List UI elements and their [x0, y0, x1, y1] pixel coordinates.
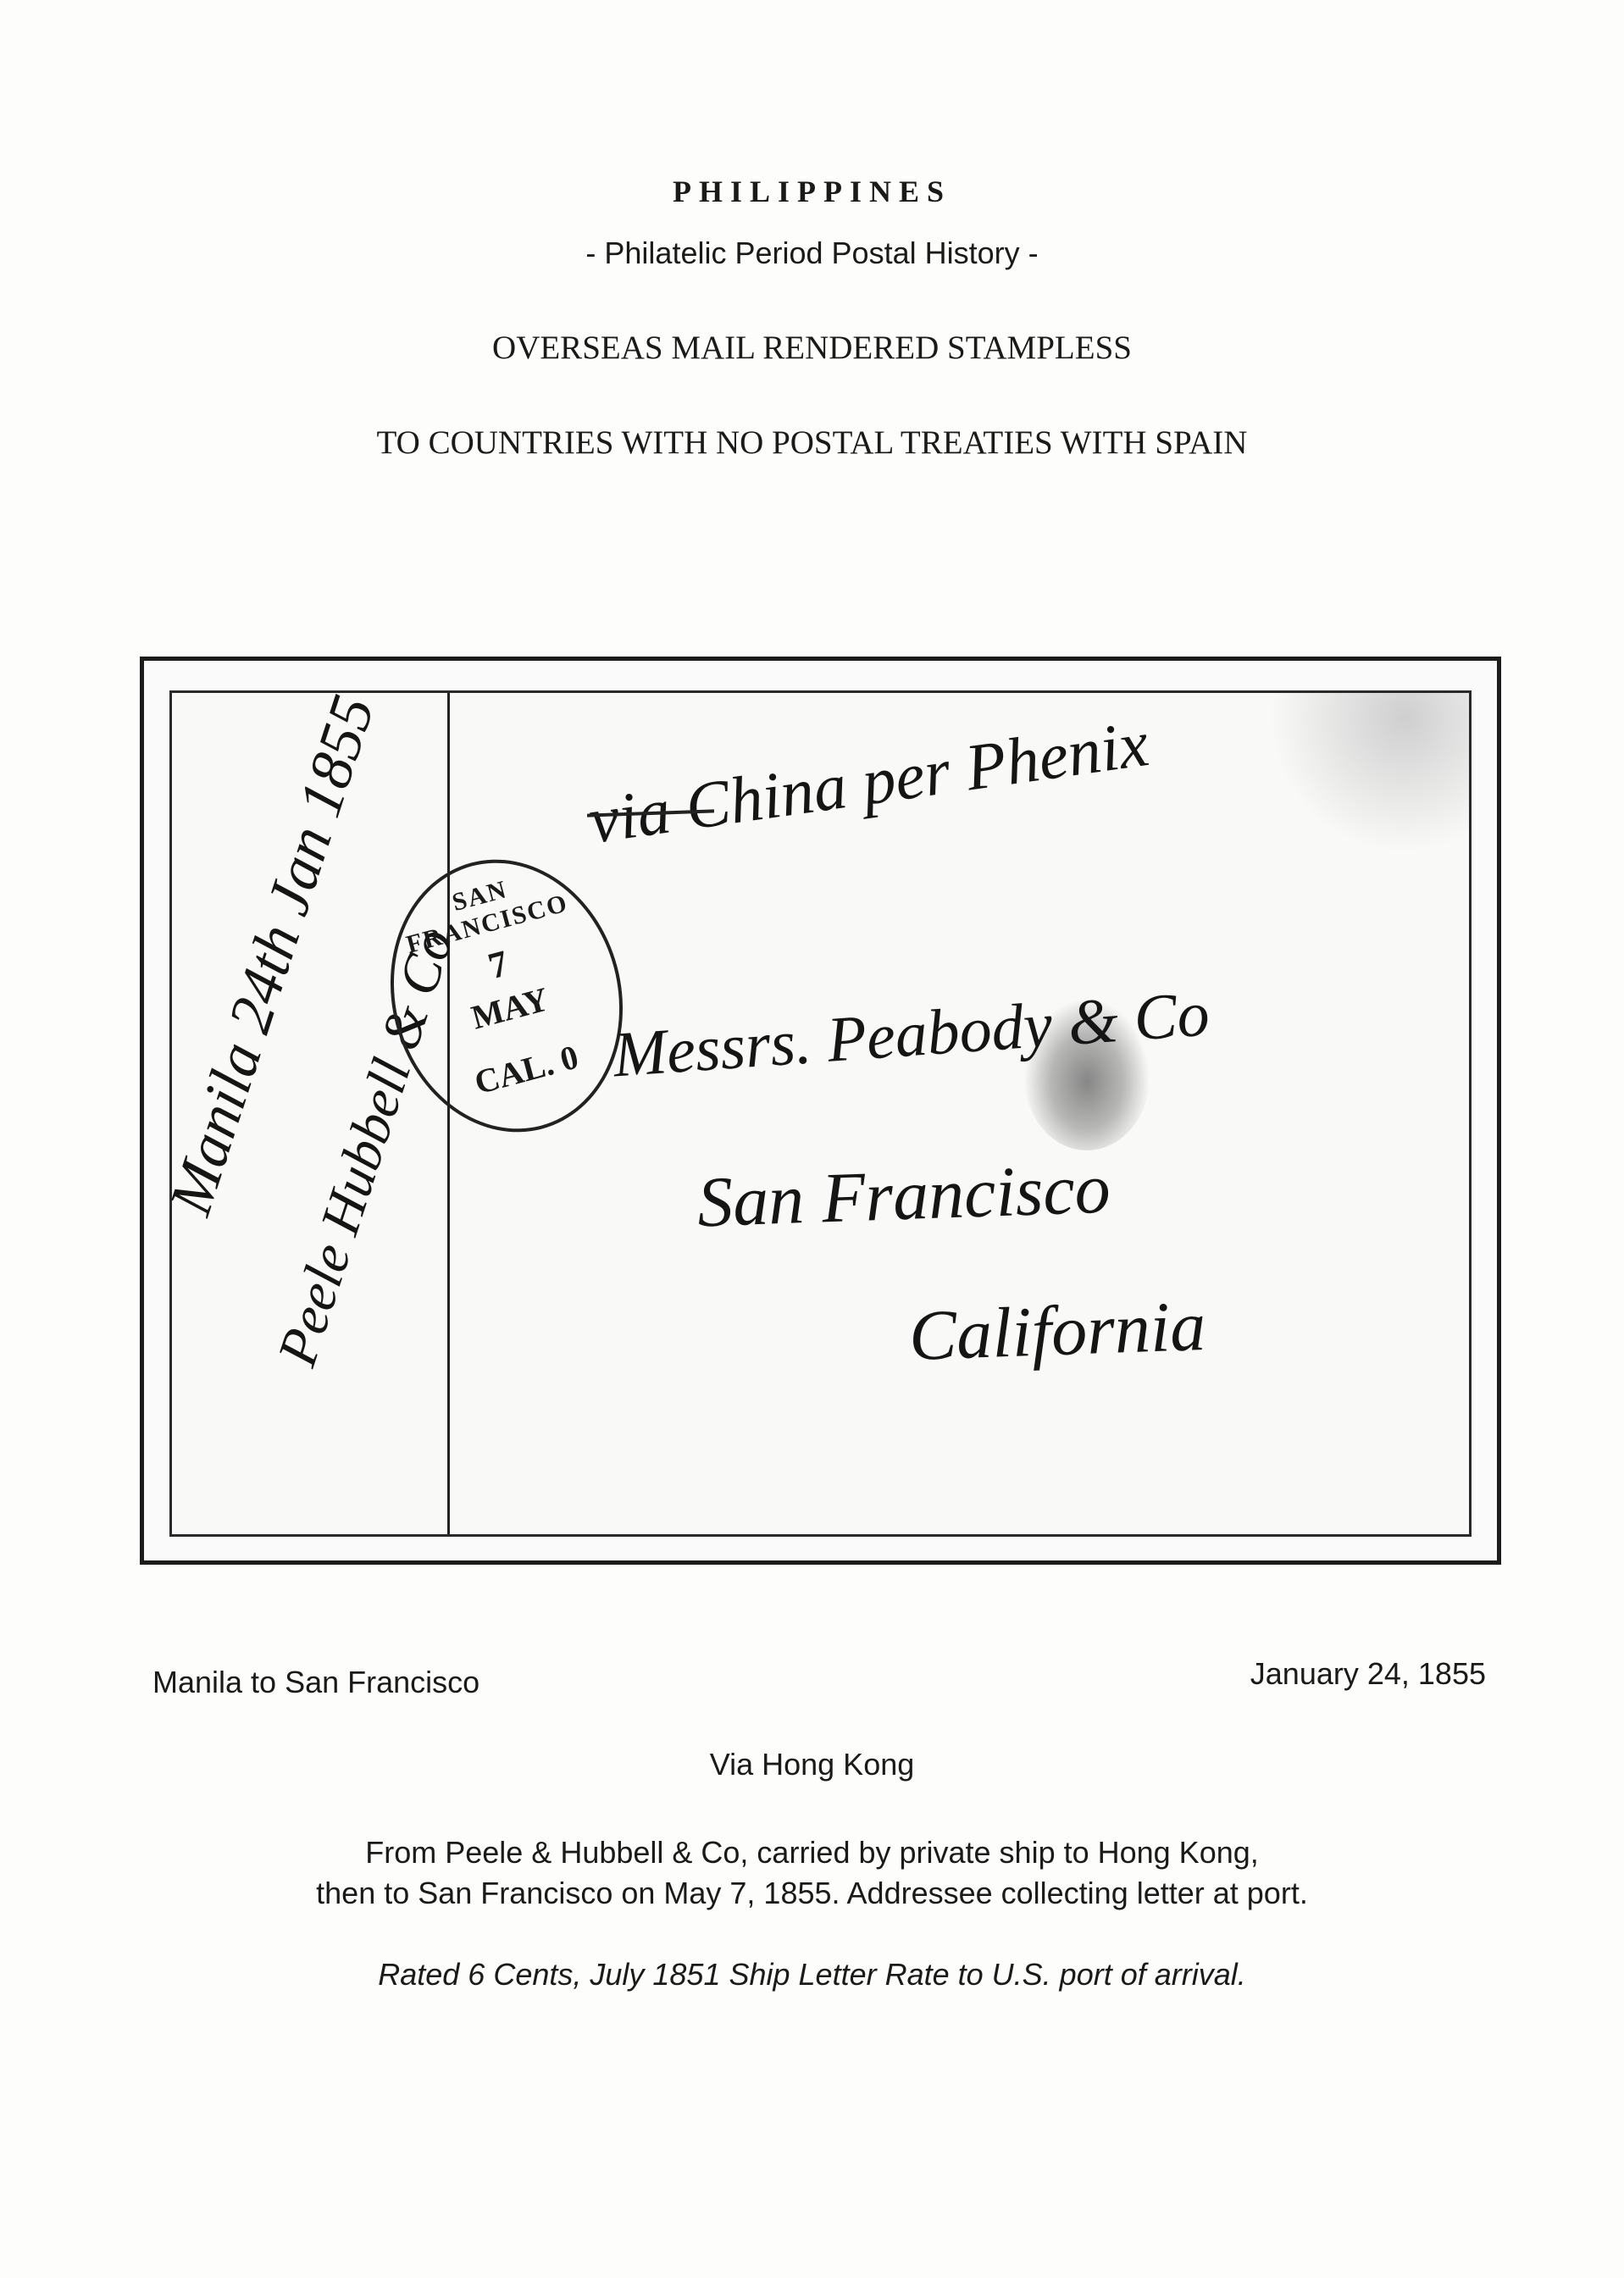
caption-via: Via Hong Kong: [0, 1747, 1624, 1782]
section-heading: OVERSEAS MAIL RENDERED STAMPLESS: [0, 329, 1624, 367]
caption-rate: Rated 6 Cents, July 1851 Ship Letter Rat…: [0, 1957, 1624, 1993]
address-line-2: San Francisco: [696, 1148, 1111, 1244]
fold-line: [447, 693, 450, 1534]
section-subheading: TO COUNTRIES WITH NO POSTAL TREATIES WIT…: [0, 424, 1624, 462]
caption-route: Manila to San Francisco: [152, 1665, 479, 1700]
address-line-3: California: [907, 1285, 1206, 1377]
envelope-cover: Manila 24th Jan 1855 Peele Hubbell & Co …: [169, 690, 1472, 1537]
page-title: PHILIPPINES: [0, 174, 1624, 209]
caption-description: From Peele & Hubbell & Co, carried by pr…: [0, 1832, 1624, 1914]
description-line-2: then to San Francisco on May 7, 1855. Ad…: [0, 1873, 1624, 1914]
cover-image-frame: Manila 24th Jan 1855 Peele Hubbell & Co …: [140, 657, 1501, 1565]
page-subtitle: - Philatelic Period Postal History -: [0, 236, 1624, 271]
caption-date: January 24, 1855: [1250, 1656, 1486, 1692]
routing-endorsement: via China per Phenix: [585, 705, 1153, 859]
description-line-1: From Peele & Hubbell & Co, carried by pr…: [0, 1832, 1624, 1873]
